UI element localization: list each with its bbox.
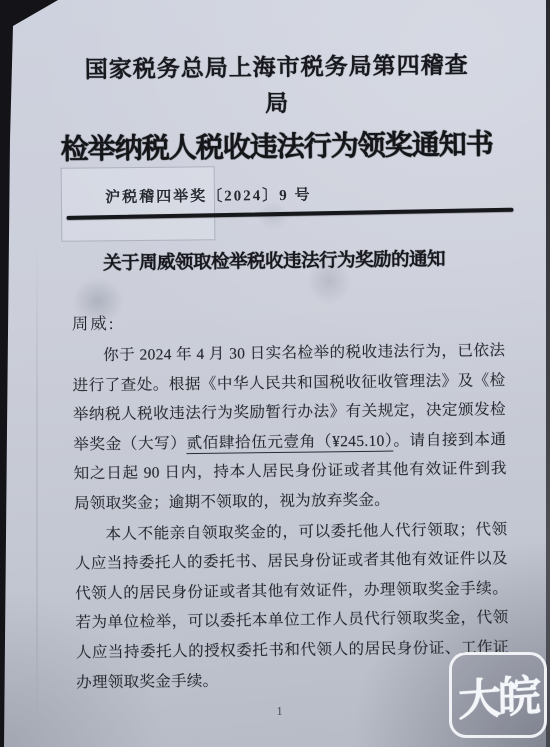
agency-name-line1: 国家税务总局上海市税务局第四稽查 — [37, 47, 517, 89]
recipient-name: 周威: — [72, 305, 550, 335]
reward-amount-underlined: 贰佰肆拾伍元壹角（¥245.10） — [186, 432, 393, 454]
dawan-watermark-logo: 大皖 — [449, 652, 547, 738]
photo-background-edge-right — [546, 0, 550, 747]
photographed-document: 国家税务总局上海市税务局第四稽查 局 检举纳税人税收违法行为领奖通知书 沪税稽四… — [0, 0, 550, 747]
notice-paragraph-2: 本人不能亲自领取奖金的，可以委托他人代行领取；代领人应当持委托人的委托书、居民身… — [74, 515, 509, 698]
agency-name-line2: 局 — [37, 83, 517, 125]
notice-paragraph-1: 你于 2024 年 4 月 30 日实名检举的税收违法行为，已依法进行了查处。根… — [72, 336, 507, 519]
document-title: 检举纳税人税收违法行为领奖通知书 — [25, 124, 527, 170]
agency-name: 国家税务总局上海市税务局第四稽查 局 — [37, 47, 518, 125]
notice-body: 你于 2024 年 4 月 30 日实名检举的税收违法行为，已依法进行了查处。根… — [72, 336, 509, 697]
document-number: 沪税稽四举奖〔2024〕9 号 — [0, 181, 548, 209]
document-content: 国家税务总局上海市税务局第四稽查 局 检举纳税人税收违法行为领奖通知书 沪税稽四… — [0, 0, 550, 747]
subject-heading: 关于周威领取检举税收违法行为奖励的通知 — [0, 244, 549, 277]
header-divider — [67, 208, 514, 220]
dawan-watermark-text: 大皖 — [458, 662, 539, 729]
